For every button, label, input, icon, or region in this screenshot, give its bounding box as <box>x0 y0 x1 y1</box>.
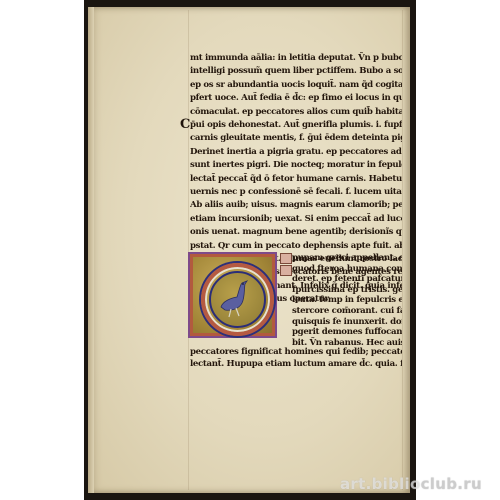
watermark: art.biblioclub.ru <box>340 475 482 493</box>
watermark-right: club.ru <box>421 475 482 493</box>
hoopoe-bird-icon <box>209 271 262 324</box>
ruling-line-right <box>402 10 403 490</box>
paragraph-mark: C <box>180 117 190 132</box>
text-line: p̄ui opis dehonestat. Aut̃ gnerifla plum… <box>190 119 402 131</box>
small-initial-box <box>280 253 292 264</box>
text-line: mt immunda aālia: in letitia deputat. Ṽ… <box>190 52 402 64</box>
text-line: uernis nec p confessionē sē fecali. f.… <box>190 186 402 198</box>
text-line: pstat. Qr cum in peccato dephensis apte … <box>190 240 402 252</box>
small-initial-box <box>280 265 292 276</box>
illuminated-initial <box>188 252 277 338</box>
text-line: etiam incursionib; uexat. Si enim peccat… <box>190 213 402 225</box>
text-line: pfert uoce. Aut̃ fedia ē d̃c: ep fimo ei… <box>190 92 402 104</box>
text-line: lectant̃. Hupupa etiam luctum amare d̃c.… <box>190 358 402 370</box>
text-line: Ab aliis auib; uisus. magnis earum clamo… <box>190 199 402 211</box>
text-line: ep os sr abundantia uocis loquit̃. nam q… <box>190 79 402 91</box>
initial-medallion <box>209 271 266 328</box>
text-line: carnis gleuitate mentis, f. ḡui ēdem de… <box>190 132 402 144</box>
text-line: lectat̃ peccat̃ q̃d ō fetor humane carni… <box>190 173 402 185</box>
text-line: intelligi possum̃ quem liber pctiffem. B… <box>190 65 402 77</box>
ruling-line-left <box>188 10 189 490</box>
watermark-left: art.biblio <box>340 475 421 493</box>
page-gutter <box>88 7 94 493</box>
initial-gold-ground <box>193 257 272 333</box>
text-line: Derinet inertia a pigria gratu. ep pecca… <box>190 146 402 158</box>
text-line: peccatores fignificat homines qui fedib;… <box>190 346 402 358</box>
text-line: cōmaculat. ep peccatores alios cum quib̃… <box>190 106 402 118</box>
text-line: onis uenat. magnum bene agentib; derisio… <box>190 226 402 238</box>
text-line: sunt inertes pigri. Die nocteq; moratur … <box>190 159 402 171</box>
